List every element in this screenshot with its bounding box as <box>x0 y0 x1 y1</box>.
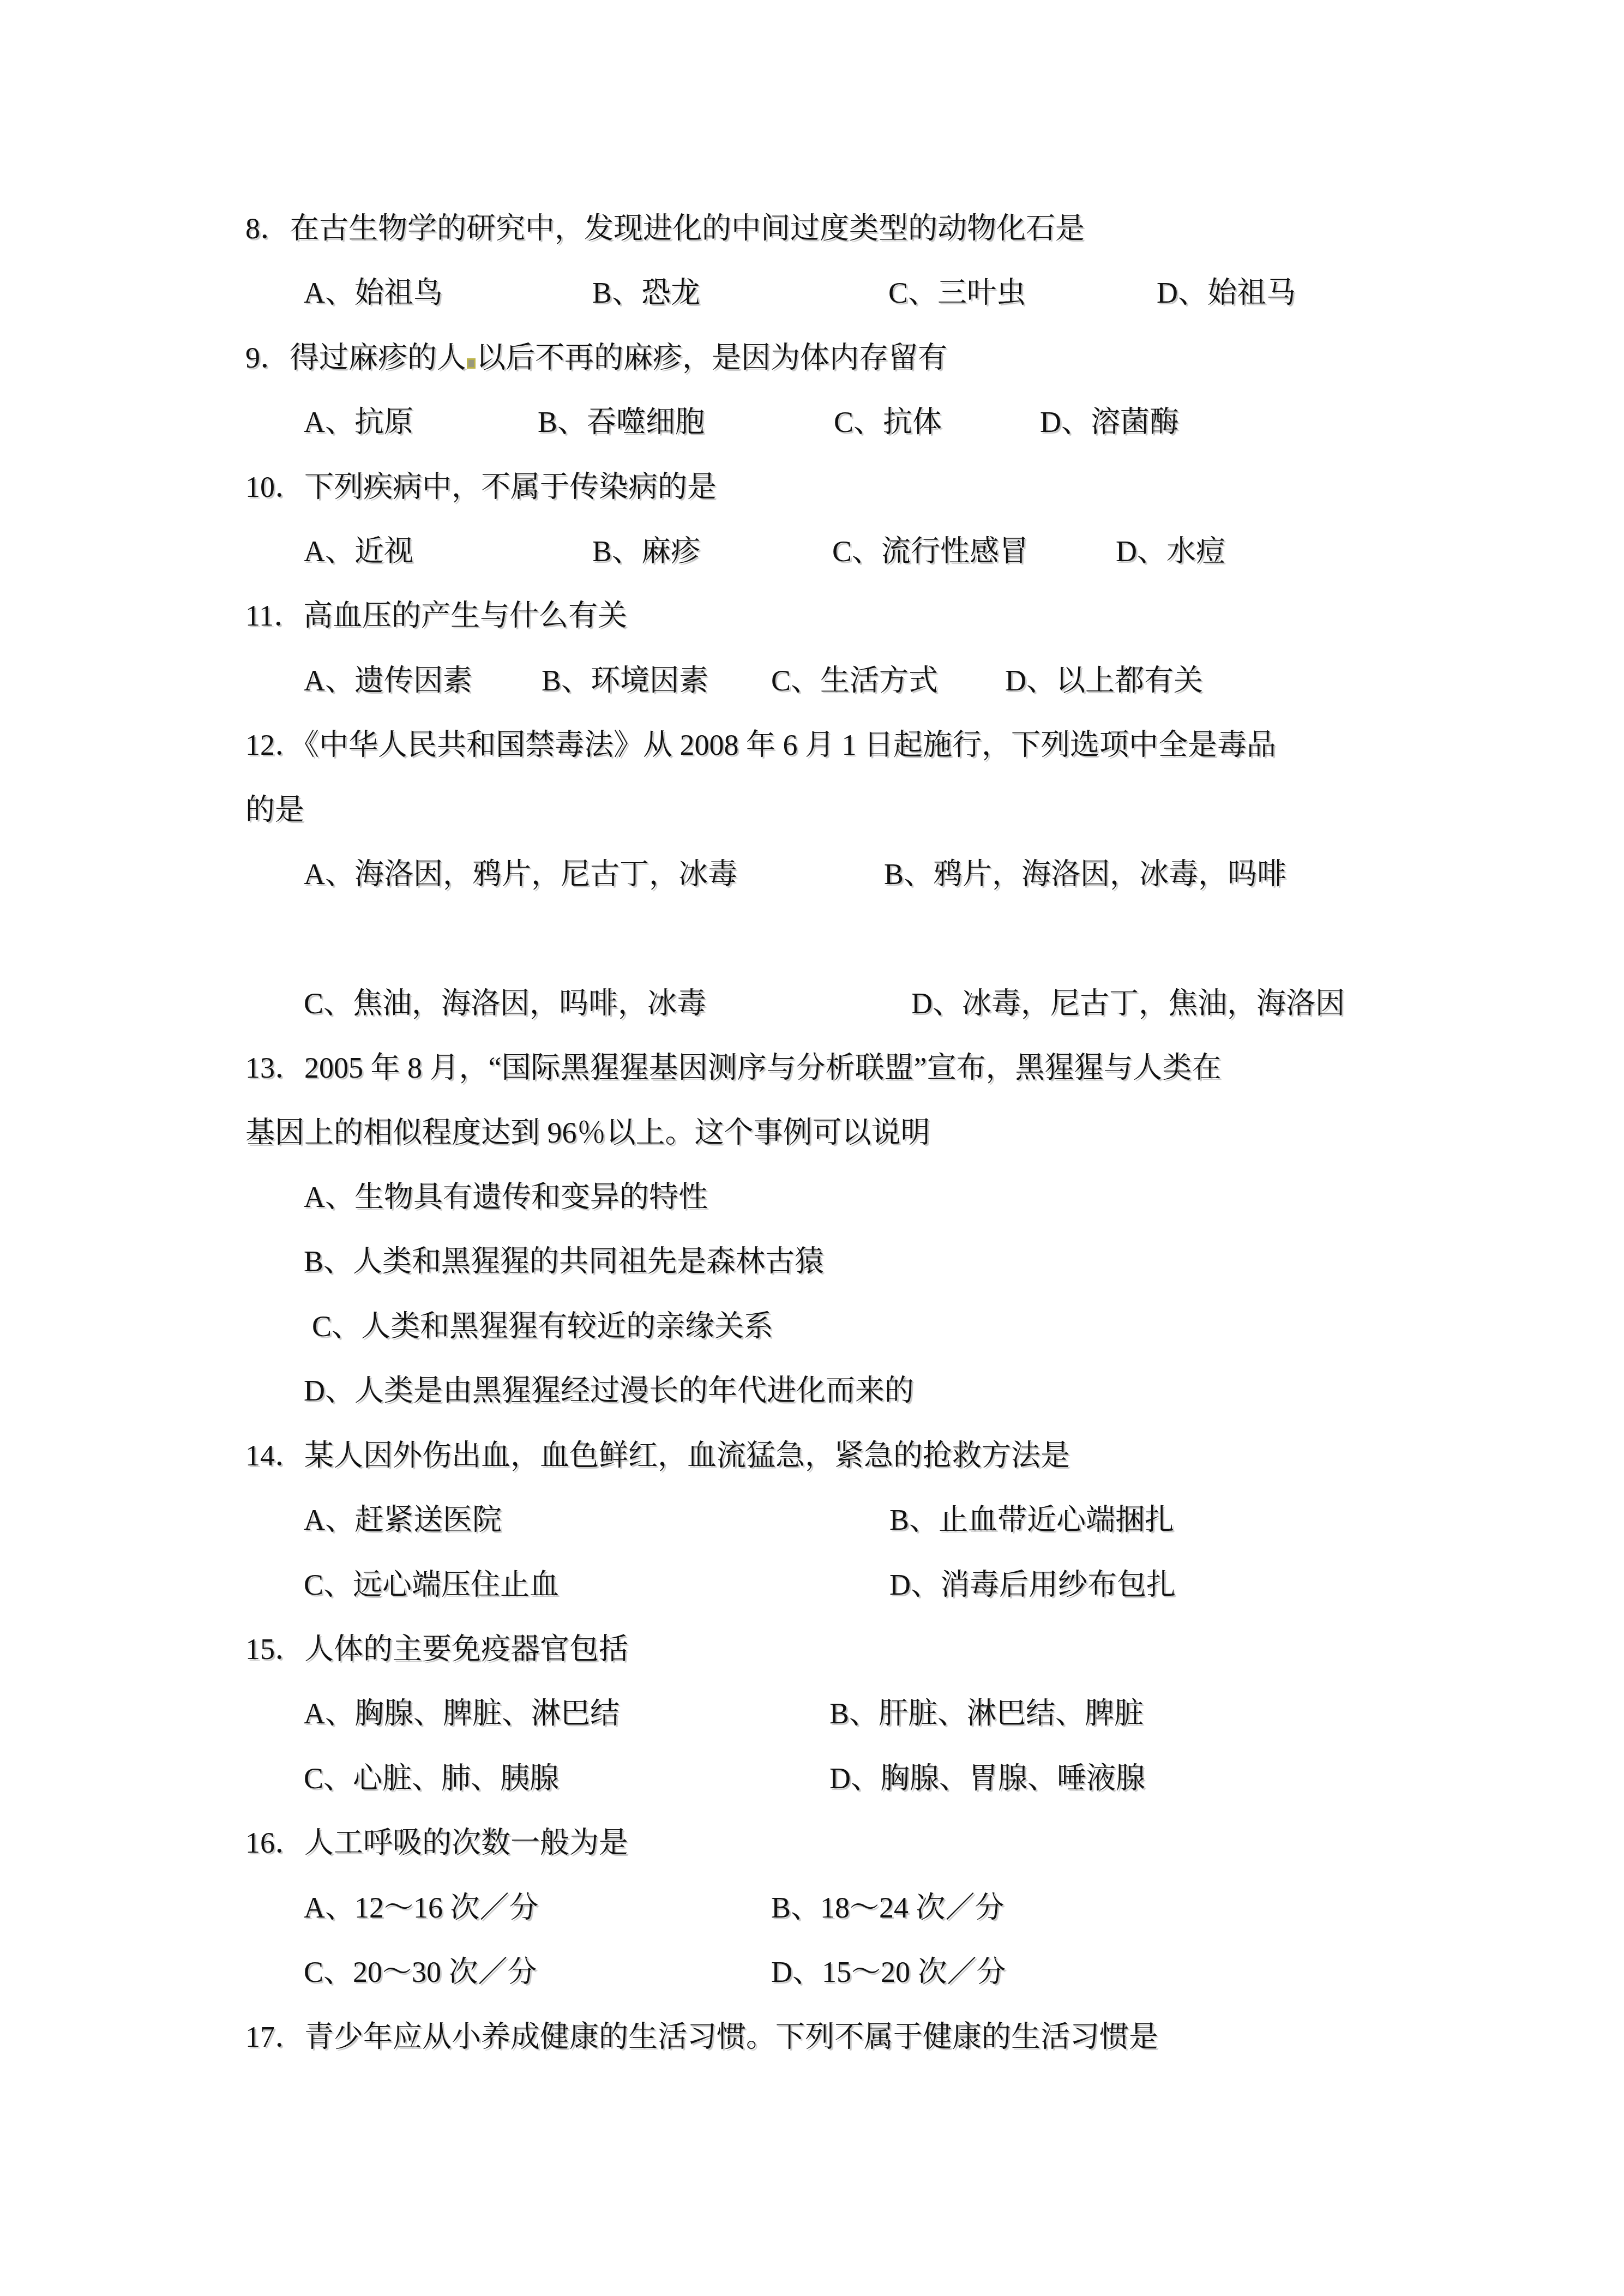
question-10-options: A、近视 B、麻疹 C、流行性感冒 D、水痘 <box>0 534 1624 568</box>
question-12-option-a: A、海洛因，鸦片，尼古丁，冰毒 <box>304 857 737 891</box>
question-13-option-b: B、人类和黑猩猩的共同祖先是森林古猿 <box>304 1245 824 1278</box>
question-12-option-b: B、鸦片，海洛因，冰毒，吗啡 <box>884 857 1286 891</box>
question-15-option-b: B、肝脏、淋巴结、脾脏 <box>829 1697 1144 1730</box>
question-15-option-a: A、胸腺、脾脏、淋巴结 <box>304 1697 619 1730</box>
question-15-stem: 15．人体的主要免疫器官包括 <box>245 1632 628 1666</box>
question-14-options-row-1: A、赶紧送医院 B、止血带近心端捆扎 <box>0 1503 1624 1537</box>
question-16-option-d: D、15～20 次／分 <box>771 1955 1006 1989</box>
question-14-options-row-2: C、远心端压住止血 D、消毒后用纱布包扎 <box>0 1568 1624 1602</box>
question-14-stem: 14．某人因外伤出血，血色鲜红，血流猛急，紧急的抢救方法是 <box>245 1439 1070 1472</box>
question-8-stem: 8．在古生物学的研究中，发现进化的中间过度类型的动物化石是 <box>245 212 1085 245</box>
question-16-stem: 16．人工呼吸的次数一般为是 <box>245 1826 628 1860</box>
question-16-option-c: C、20～30 次／分 <box>304 1955 537 1989</box>
question-9-stem-text-after: 以后不再的麻疹，是因为体内存留有 <box>476 341 947 374</box>
question-10-stem: 10．下列疾病中，不属于传染病的是 <box>245 470 717 504</box>
question-10-option-c: C、流行性感冒 <box>832 534 1028 568</box>
question-12-options-row-2: C、焦油，海洛因，吗啡，冰毒 D、冰毒，尼古丁，焦油，海洛因 <box>0 987 1624 1020</box>
question-8-options: A、始祖鸟 B、恐龙 C、三叶虫 D、始祖马 <box>0 276 1624 310</box>
question-9-option-c: C、抗体 <box>834 405 942 439</box>
question-14-option-c: C、远心端压住止血 <box>304 1568 559 1602</box>
question-9-stem: 9．得过麻疹的人以后不再的麻疹，是因为体内存留有 <box>245 341 947 375</box>
question-8-option-d: D、始祖马 <box>1157 276 1296 310</box>
question-13-option-row-b: B、人类和黑猩猩的共同祖先是森林古猿 <box>0 1245 1624 1278</box>
question-12-option-c: C、焦油，海洛因，吗啡，冰毒 <box>304 987 706 1020</box>
question-8-option-b: B、恐龙 <box>592 276 700 310</box>
question-15-option-c: C、心脏、肺、胰腺 <box>304 1762 559 1795</box>
question-14-option-d: D、消毒后用纱布包扎 <box>889 1568 1176 1602</box>
question-11-option-d: D、以上都有关 <box>1005 664 1203 698</box>
question-13-option-c: C、人类和黑猩猩有较近的亲缘关系 <box>312 1309 773 1343</box>
question-9-option-d: D、溶菌酶 <box>1040 405 1179 439</box>
question-15-options-row-1: A、胸腺、脾脏、淋巴结 B、肝脏、淋巴结、脾脏 <box>0 1697 1624 1730</box>
question-12-stem-line-2: 的是 <box>245 793 304 827</box>
question-9-options: A、抗原 B、吞噬细胞 C、抗体 D、溶菌酶 <box>0 405 1624 439</box>
question-8-option-a: A、始祖鸟 <box>304 276 443 310</box>
question-15-option-d: D、胸腺、胃腺、唾液腺 <box>829 1762 1145 1795</box>
text-cursor-artifact-icon <box>467 358 476 369</box>
question-11-stem: 11．高血压的产生与什么有关 <box>245 599 627 633</box>
question-13-stem-line-1: 13．2005 年 8 月，“国际黑猩猩基因测序与分析联盟”宣布，黑猩猩与人类在 <box>245 1051 1221 1085</box>
question-10-option-d: D、水痘 <box>1116 534 1225 568</box>
question-12-options-row-1: A、海洛因，鸦片，尼古丁，冰毒 B、鸦片，海洛因，冰毒，吗啡 <box>0 857 1624 891</box>
exam-document-page: 8．在古生物学的研究中，发现进化的中间过度类型的动物化石是 A、始祖鸟 B、恐龙… <box>0 0 1624 2296</box>
question-10-option-a: A、近视 <box>304 534 413 568</box>
question-11-option-c: C、生活方式 <box>771 664 938 698</box>
question-15-options-row-2: C、心脏、肺、胰腺 D、胸腺、胃腺、唾液腺 <box>0 1762 1624 1795</box>
question-13-option-row-a: A、生物具有遗传和变异的特性 <box>0 1180 1624 1214</box>
question-11-option-a: A、遗传因素 <box>304 664 472 698</box>
question-16-option-b: B、18～24 次／分 <box>771 1891 1005 1925</box>
question-9-option-a: A、抗原 <box>304 405 413 439</box>
question-13-option-row-d: D、人类是由黑猩猩经过漫长的年代进化而来的 <box>0 1374 1624 1408</box>
question-14-option-b: B、止血带近心端捆扎 <box>889 1503 1174 1537</box>
question-13-option-row-c: C、人类和黑猩猩有较近的亲缘关系 <box>0 1309 1624 1343</box>
question-14-option-a: A、赶紧送医院 <box>304 1503 502 1537</box>
question-9-option-b: B、吞噬细胞 <box>538 405 705 439</box>
question-13-option-a: A、生物具有遗传和变异的特性 <box>304 1180 708 1214</box>
question-16-options-row-1: A、12～16 次／分 B、18～24 次／分 <box>0 1891 1624 1925</box>
question-12-stem-line-1: 12．《中华人民共和国禁毒法》从 2008 年 6 月 1 日起施行，下列选项中… <box>245 728 1276 762</box>
question-11-options: A、遗传因素 B、环境因素 C、生活方式 D、以上都有关 <box>0 664 1624 698</box>
question-16-option-a: A、12～16 次／分 <box>304 1891 539 1925</box>
question-13-option-d: D、人类是由黑猩猩经过漫长的年代进化而来的 <box>304 1374 914 1408</box>
question-9-stem-text-before: 9．得过麻疹的人 <box>245 341 466 374</box>
question-16-options-row-2: C、20～30 次／分 D、15～20 次／分 <box>0 1955 1624 1989</box>
question-17-stem: 17．青少年应从小养成健康的生活习惯。下列不属于健康的生活习惯是 <box>245 2020 1158 2054</box>
question-10-option-b: B、麻疹 <box>592 534 700 568</box>
question-11-option-b: B、环境因素 <box>542 664 708 698</box>
question-13-stem-line-2: 基因上的相似程度达到 96％以上。这个事例可以说明 <box>245 1116 930 1150</box>
question-12-option-d: D、冰毒，尼古丁，焦油，海洛因 <box>911 987 1345 1020</box>
question-8-option-c: C、三叶虫 <box>888 276 1026 310</box>
